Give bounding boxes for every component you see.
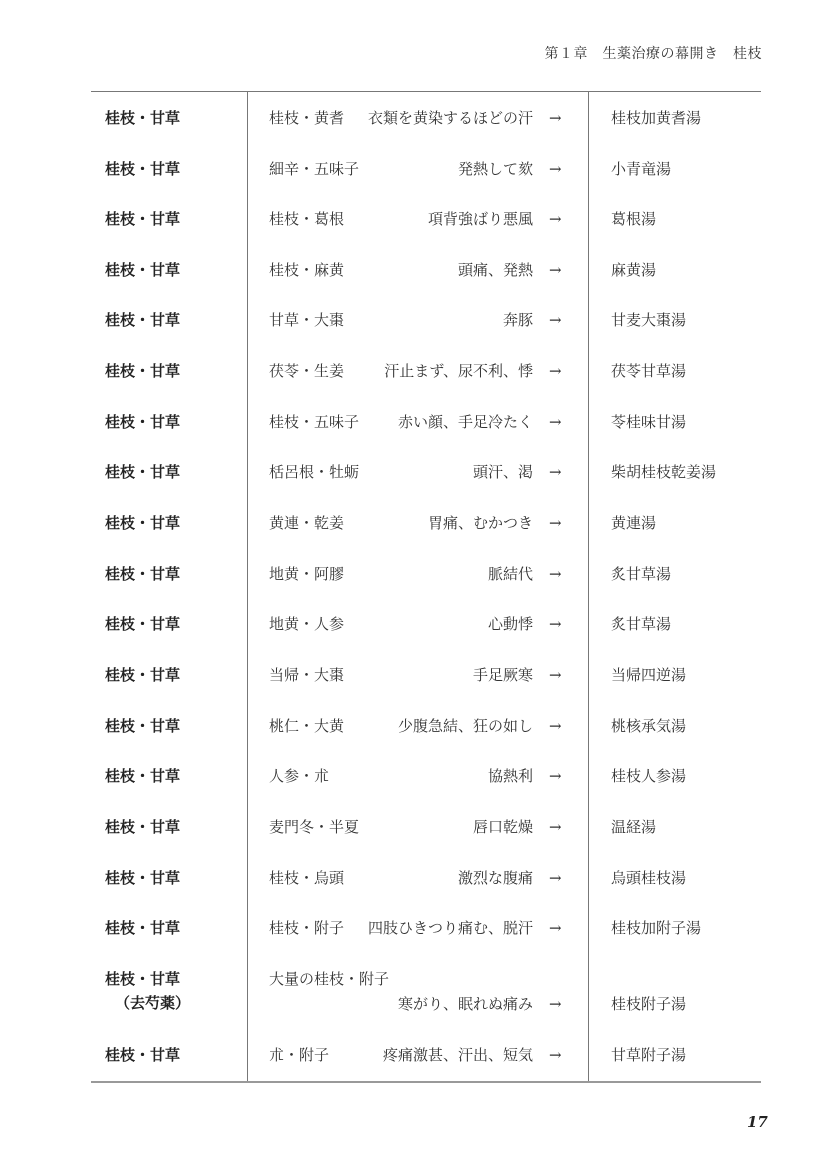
formula-name: 桃核承気湯 bbox=[611, 714, 686, 738]
added-herbs: 桂枝・麻黄 bbox=[269, 258, 344, 282]
formula-name: 炙甘草湯 bbox=[611, 562, 671, 586]
added-herbs: 黄連・乾姜 bbox=[269, 511, 344, 535]
symptom: 四肢ひきつり痛む、脱汗 bbox=[368, 916, 533, 940]
symptom: 唇口乾燥 bbox=[473, 815, 533, 839]
formula-name: 桂枝人参湯 bbox=[611, 764, 686, 788]
formula-name: 小青竜湯 bbox=[611, 157, 671, 181]
symptom: 奔豚 bbox=[503, 308, 533, 332]
table-row: 桂枝・甘草 黄連・乾姜 胃痛、むかつき → 黄連湯 bbox=[91, 511, 761, 535]
table-row: 桂枝・甘草 栝呂根・牡蛎 頭汗、渇 → 柴胡桂枝乾姜湯 bbox=[91, 460, 761, 484]
added-herbs: 人参・朮 bbox=[269, 764, 329, 788]
table-row: 桂枝・甘草 麦門冬・半夏 唇口乾燥 → 温経湯 bbox=[91, 815, 761, 839]
formula-name: 柴胡桂枝乾姜湯 bbox=[611, 460, 716, 484]
table-row: 桂枝・甘草 桂枝・五味子 赤い顔、手足冷たく → 苓桂味甘湯 bbox=[91, 410, 761, 434]
arrow-icon: → bbox=[549, 562, 562, 586]
symptom: 衣類を黄染するほどの汗 bbox=[368, 106, 533, 130]
base-herbs: 桂枝・甘草 bbox=[105, 410, 180, 434]
formula-name: 炙甘草湯 bbox=[611, 612, 671, 636]
arrow-icon: → bbox=[549, 764, 562, 788]
added-herbs: 朮・附子 bbox=[269, 1043, 329, 1067]
symptom: 頭汗、渇 bbox=[473, 460, 533, 484]
arrow-icon: → bbox=[549, 157, 562, 181]
base-herbs: 桂枝・甘草 bbox=[105, 714, 180, 738]
arrow-icon: → bbox=[549, 992, 562, 1016]
formula-name: 麻黄湯 bbox=[611, 258, 656, 282]
table-row: 桂枝・甘草 桃仁・大黄 少腹急結、狂の如し → 桃核承気湯 bbox=[91, 714, 761, 738]
arrow-icon: → bbox=[549, 460, 562, 484]
symptom: 少腹急結、狂の如し bbox=[398, 714, 533, 738]
arrow-icon: → bbox=[549, 714, 562, 738]
formula-name: 桂枝加黄耆湯 bbox=[611, 106, 701, 130]
added-herbs: 甘草・大棗 bbox=[269, 308, 344, 332]
base-herbs: 桂枝・甘草 bbox=[105, 308, 180, 332]
table-row: 桂枝・甘草 甘草・大棗 奔豚 → 甘麦大棗湯 bbox=[91, 308, 761, 332]
page-number: 17 bbox=[747, 1113, 768, 1131]
formula-name: 桂枝附子湯 bbox=[611, 992, 686, 1016]
base-herbs: 桂枝・甘草 bbox=[105, 612, 180, 636]
arrow-icon: → bbox=[549, 916, 562, 940]
base-herbs: 桂枝・甘草 bbox=[105, 207, 180, 231]
added-herbs: 栝呂根・牡蛎 bbox=[269, 460, 359, 484]
table-row: 桂枝・甘草 桂枝・附子 四肢ひきつり痛む、脱汗 → 桂枝加附子湯 bbox=[91, 916, 761, 940]
base-herbs: 桂枝・甘草 bbox=[105, 562, 180, 586]
added-herbs: 桂枝・葛根 bbox=[269, 207, 344, 231]
added-herbs: 桂枝・五味子 bbox=[269, 410, 359, 434]
table-row: 桂枝・甘草 地黄・阿膠 脈結代 → 炙甘草湯 bbox=[91, 562, 761, 586]
arrow-icon: → bbox=[549, 511, 562, 535]
arrow-icon: → bbox=[549, 106, 562, 130]
table-row: 桂枝・甘草 細辛・五味子 発熱して欬 → 小青竜湯 bbox=[91, 157, 761, 181]
table-row: 桂枝・甘草 桂枝・葛根 項背強ばり悪風 → 葛根湯 bbox=[91, 207, 761, 231]
added-herbs: 当帰・大棗 bbox=[269, 663, 344, 687]
symptom: 胃痛、むかつき bbox=[428, 511, 533, 535]
base-herbs: 桂枝・甘草 bbox=[105, 157, 180, 181]
arrow-icon: → bbox=[549, 866, 562, 890]
base-herbs: 桂枝・甘草 bbox=[105, 663, 180, 687]
base-herbs: 桂枝・甘草 bbox=[105, 106, 180, 130]
added-herbs: 麦門冬・半夏 bbox=[269, 815, 359, 839]
formula-name: 烏頭桂枝湯 bbox=[611, 866, 686, 890]
added-herbs: 桃仁・大黄 bbox=[269, 714, 344, 738]
formula-name: 温経湯 bbox=[611, 815, 656, 839]
base-herbs: 桂枝・甘草 （去芍薬） bbox=[105, 967, 190, 1015]
table-row: 桂枝・甘草 当帰・大棗 手足厥寒 → 当帰四逆湯 bbox=[91, 663, 761, 687]
base-herbs: 桂枝・甘草 bbox=[105, 764, 180, 788]
added-herbs: 桂枝・黄耆 bbox=[269, 106, 344, 130]
base-herbs: 桂枝・甘草 bbox=[105, 460, 180, 484]
base-herbs-note: （去芍薬） bbox=[105, 991, 190, 1015]
symptom: 寒がり、眠れぬ痛み bbox=[398, 992, 533, 1016]
running-header: 第１章 生薬治療の幕開き 桂枝 bbox=[545, 43, 763, 63]
table-row: 桂枝・甘草 地黄・人参 心動悸 → 炙甘草湯 bbox=[91, 612, 761, 636]
symptom: 発熱して欬 bbox=[458, 157, 533, 181]
symptom: 汗止まず、尿不利、悸 bbox=[384, 359, 533, 383]
base-herbs: 桂枝・甘草 bbox=[105, 1043, 180, 1067]
symptom: 脈結代 bbox=[488, 562, 533, 586]
herb-combination-table: 桂枝・甘草 桂枝・黄耆 衣類を黄染するほどの汗 → 桂枝加黄耆湯 桂枝・甘草 細… bbox=[91, 91, 761, 1083]
added-herbs: 地黄・人参 bbox=[269, 612, 344, 636]
formula-name: 葛根湯 bbox=[611, 207, 656, 231]
base-herbs: 桂枝・甘草 bbox=[105, 866, 180, 890]
table-row: 桂枝・甘草 朮・附子 疼痛激甚、汗出、短気 → 甘草附子湯 bbox=[91, 1043, 761, 1067]
symptom: 激烈な腹痛 bbox=[458, 866, 533, 890]
symptom: 項背強ばり悪風 bbox=[428, 207, 533, 231]
base-herbs: 桂枝・甘草 bbox=[105, 258, 180, 282]
added-herbs: 地黄・阿膠 bbox=[269, 562, 344, 586]
base-herbs-label: 桂枝・甘草 bbox=[105, 970, 180, 988]
formula-name: 茯苓甘草湯 bbox=[611, 359, 686, 383]
added-herbs: 細辛・五味子 bbox=[269, 157, 359, 181]
arrow-icon: → bbox=[549, 258, 562, 282]
symptom: 頭痛、発熱 bbox=[458, 258, 533, 282]
formula-name: 甘草附子湯 bbox=[611, 1043, 686, 1067]
table-row: 桂枝・甘草 （去芍薬） 大量の桂枝・附子 寒がり、眠れぬ痛み → 桂枝附子湯 bbox=[91, 967, 761, 1017]
table-row: 桂枝・甘草 桂枝・烏頭 激烈な腹痛 → 烏頭桂枝湯 bbox=[91, 866, 761, 890]
formula-name: 黄連湯 bbox=[611, 511, 656, 535]
added-herbs: 茯苓・生姜 bbox=[269, 359, 344, 383]
arrow-icon: → bbox=[549, 612, 562, 636]
symptom: 心動悸 bbox=[488, 612, 533, 636]
added-herbs: 桂枝・烏頭 bbox=[269, 866, 344, 890]
base-herbs: 桂枝・甘草 bbox=[105, 511, 180, 535]
formula-name: 苓桂味甘湯 bbox=[611, 410, 686, 434]
symptom: 疼痛激甚、汗出、短気 bbox=[383, 1043, 533, 1067]
table-row: 桂枝・甘草 桂枝・黄耆 衣類を黄染するほどの汗 → 桂枝加黄耆湯 bbox=[91, 106, 761, 130]
arrow-icon: → bbox=[549, 410, 562, 434]
added-herbs: 桂枝・附子 bbox=[269, 916, 344, 940]
base-herbs: 桂枝・甘草 bbox=[105, 359, 180, 383]
formula-name: 当帰四逆湯 bbox=[611, 663, 686, 687]
arrow-icon: → bbox=[549, 359, 562, 383]
symptom: 協熱利 bbox=[488, 764, 533, 788]
arrow-icon: → bbox=[549, 308, 562, 332]
table-row: 桂枝・甘草 桂枝・麻黄 頭痛、発熱 → 麻黄湯 bbox=[91, 258, 761, 282]
added-herbs: 大量の桂枝・附子 bbox=[269, 967, 389, 991]
symptom: 手足厥寒 bbox=[473, 663, 533, 687]
formula-name: 甘麦大棗湯 bbox=[611, 308, 686, 332]
base-herbs: 桂枝・甘草 bbox=[105, 916, 180, 940]
formula-name: 桂枝加附子湯 bbox=[611, 916, 701, 940]
arrow-icon: → bbox=[549, 207, 562, 231]
table-row: 桂枝・甘草 茯苓・生姜 汗止まず、尿不利、悸 → 茯苓甘草湯 bbox=[91, 359, 761, 383]
arrow-icon: → bbox=[549, 815, 562, 839]
table-row: 桂枝・甘草 人参・朮 協熱利 → 桂枝人参湯 bbox=[91, 764, 761, 788]
base-herbs: 桂枝・甘草 bbox=[105, 815, 180, 839]
symptom: 赤い顔、手足冷たく bbox=[398, 410, 533, 434]
arrow-icon: → bbox=[549, 1043, 562, 1067]
arrow-icon: → bbox=[549, 663, 562, 687]
